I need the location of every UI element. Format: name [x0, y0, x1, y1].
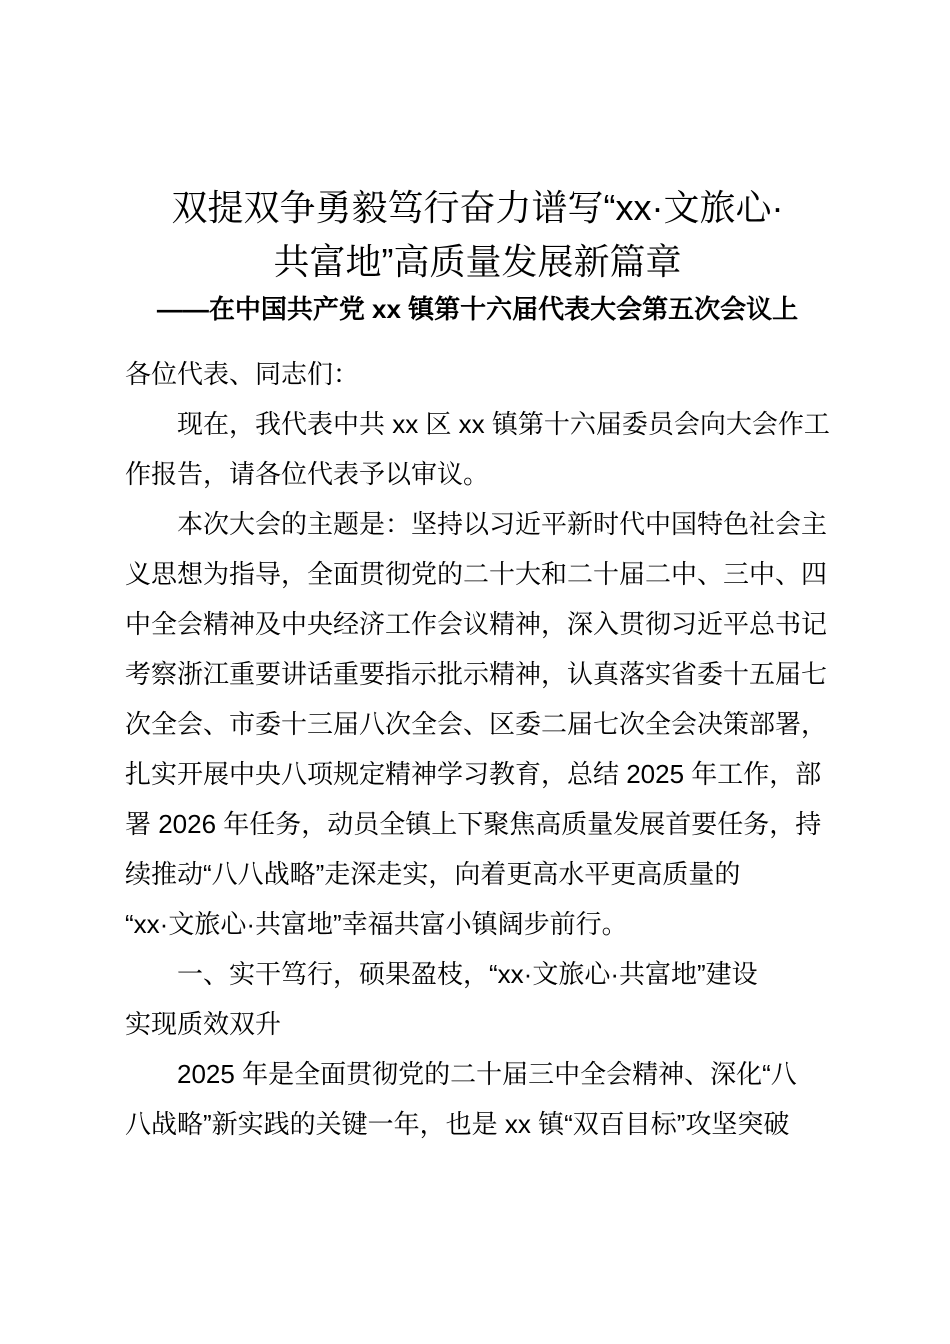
document-page: 双提双争勇毅笃行奋力谱写“xx·文旅心· 共富地”高质量发展新篇章 ——在中国共…: [0, 0, 950, 1344]
body-line: 义思想为指导，全面贯彻党的二十大和二十届二中、三中、四: [125, 549, 830, 599]
body-line: 作报告，请各位代表予以审议。: [125, 449, 830, 499]
body-line: “xx·文旅心·共富地”幸福共富小镇阔步前行。: [125, 899, 830, 949]
document-title: 双提双争勇毅笃行奋力谱写“xx·文旅心· 共富地”高质量发展新篇章: [125, 181, 830, 289]
body-line: 扎实开展中央八项规定精神学习教育，总结 2025 年工作，部: [125, 749, 830, 799]
body-line: 署 2026 年任务，动员全镇上下聚焦高质量发展首要任务，持: [125, 799, 830, 849]
document-title-line-2: 共富地”高质量发展新篇章: [125, 235, 830, 289]
body-line: 本次大会的主题是：坚持以习近平新时代中国特色社会主: [125, 499, 830, 549]
body-line: 2025 年是全面贯彻党的二十届三中全会精神、深化“八: [125, 1049, 830, 1099]
document-subtitle: ——在中国共产党 xx 镇第十六届代表大会第五次会议上: [125, 289, 830, 329]
body-line: 考察浙江重要讲话重要指示批示精神，认真落实省委十五届七: [125, 649, 830, 699]
body-line: 八战略”新实践的关键一年，也是 xx 镇“双百目标”攻坚突破: [125, 1099, 830, 1149]
document-body: 各位代表、同志们：现在，我代表中共 xx 区 xx 镇第十六届委员会向大会作工作…: [125, 349, 830, 1149]
body-line: 各位代表、同志们：: [125, 349, 830, 399]
body-line: 次全会、市委十三届八次全会、区委二届七次全会决策部署，: [125, 699, 830, 749]
body-line: 中全会精神及中央经济工作会议精神，深入贯彻习近平总书记: [125, 599, 830, 649]
body-line: 续推动“八八战略”走深走实，向着更高水平更高质量的: [125, 849, 830, 899]
section-heading-line: 一、实干笃行，硕果盈枝，“xx·文旅心·共富地”建设: [125, 949, 830, 999]
section-heading-line: 实现质效双升: [125, 999, 830, 1049]
document-title-line-1: 双提双争勇毅笃行奋力谱写“xx·文旅心·: [125, 181, 830, 235]
body-line: 现在，我代表中共 xx 区 xx 镇第十六届委员会向大会作工: [125, 399, 830, 449]
